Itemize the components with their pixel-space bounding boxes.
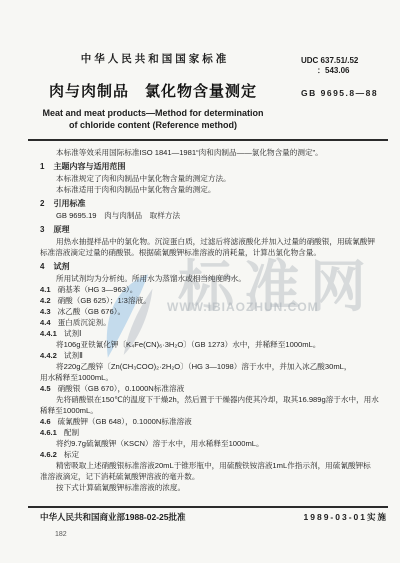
english-title: Meat and meat products—Method for determ…: [22, 107, 284, 131]
clause-number: 2: [40, 199, 44, 208]
body-line: 2引用标准: [40, 198, 390, 209]
body-line: 标准溶液滴定过量的硝酸银。根据硫氰酸钾标准溶液的消耗量，计算出氯化物含量。: [40, 247, 390, 258]
clause-text: 引用标准: [53, 199, 85, 208]
clause-number: 4.6.1: [40, 428, 57, 437]
body-line: 4.4.2试剂Ⅱ: [40, 350, 390, 361]
clause-number: 4.3: [40, 307, 51, 316]
body-line: 4.6.1配制: [40, 427, 390, 438]
body-line: 将约9.7g硫氰酸钾（KSCN）溶于水中，用水稀释至1000mL。: [40, 438, 390, 449]
clause-number: 4.4: [40, 318, 51, 327]
body-line: 4.6硫氰酸钾（GB 648），0.1000N标准溶液: [40, 416, 390, 427]
body-line: 4.6.2标定: [40, 449, 390, 460]
body-line: 本标准规定了肉和肉制品中氯化物含量的测定方法。: [40, 173, 390, 184]
udc-line1: UDC 637.51/.52: [301, 56, 358, 66]
body-line: 用水稀释至1000mL。: [40, 372, 390, 383]
body-line: GB 9695.19 肉与肉制品 取样方法: [40, 210, 390, 221]
clause-text: 蛋白质沉淀剂。: [58, 318, 111, 327]
clause-number: 4.6.2: [40, 450, 57, 459]
body-line: 4.5硝酸银（GB 670），0.1000N标准溶液: [40, 383, 390, 394]
body-line: 精密吸取上述硝酸银标准溶液20mL于锥形瓶中，用硫酸铁铵溶液1mL作指示剂，用硫…: [40, 460, 390, 471]
clause-text: 硝基苯（HG 3—963）。: [58, 285, 138, 294]
body-line: 4.2硝酸（GB 625）；1∶3溶液。: [40, 295, 390, 306]
clause-text: 主题内容与适用范围: [53, 162, 125, 171]
body-line: 4试剂: [40, 261, 390, 272]
body-line: 所用试剂均为分析纯。所用水为蒸馏水或相当纯度的水。: [40, 273, 390, 284]
page-title: 肉与肉制品 氯化物含量测定: [22, 80, 284, 101]
body-line: 4.1硝基苯（HG 3—963）。: [40, 284, 390, 295]
clause-text: 冰乙酸（GB 676）。: [58, 307, 126, 316]
footer: 中华人民共和国商业部1988-02-25批准 1989-03-01实施: [40, 511, 388, 523]
clause-text: 硫氰酸钾（GB 648），0.1000N标准溶液: [58, 417, 192, 426]
body-line: 将220g乙酸锌〔Zn(CH₃COO)₂·2H₂O〕（HG 3—1098）溶于水…: [40, 361, 390, 372]
national-standard-org-line: 中华人民共和国国家标准: [30, 51, 280, 66]
body-line: 本标准等效采用国际标准ISO 1841—1981“肉和肉制品——氯化物含量的测定…: [40, 147, 390, 158]
clause-number: 4: [40, 262, 44, 271]
english-title-line2: of chloride content (Reference method): [22, 119, 284, 131]
body-content: 本标准等效采用国际标准ISO 1841—1981“肉和肉制品——氯化物含量的测定…: [40, 147, 390, 493]
body-line: 1主题内容与适用范围: [40, 161, 390, 172]
clause-number: 4.2: [40, 296, 51, 305]
clause-number: 4.4.1: [40, 329, 57, 338]
footer-divider: [28, 506, 388, 508]
clause-text: 硝酸（GB 625）；1∶3溶液。: [58, 296, 151, 305]
clause-text: 试剂: [53, 262, 69, 271]
clause-number: 4.4.2: [40, 351, 57, 360]
clause-number: 4.6: [40, 417, 51, 426]
clause-number: 4.5: [40, 384, 51, 393]
body-line: 用热水抽提样品中的氯化物。沉淀蛋白质，过滤后将滤液酸化并加入过量的硝酸银，用硫氰…: [40, 236, 390, 247]
body-line: 将106g亚铁氰化钾〔K₄Fe(CN)₆·3H₂O〕（GB 1273）水中，并稀…: [40, 339, 390, 350]
body-line: 按下式计算硫氰酸钾标准溶液的浓度。: [40, 482, 390, 493]
clause-text: 硝酸银（GB 670），0.1000N标准溶液: [58, 384, 185, 393]
body-line: 4.4.1试剂Ⅰ: [40, 328, 390, 339]
document-page: 标准网 WWW.IBIAOZHUN.COM 中华人民共和国国家标准 肉与肉制品 …: [0, 0, 400, 563]
clause-text: 配制: [64, 428, 79, 437]
clause-text: 试剂Ⅰ: [64, 329, 81, 338]
body-line: 稀释至1000mL。: [40, 405, 390, 416]
body-line: 4.4蛋白质沉淀剂。: [40, 317, 390, 328]
approval-note: 中华人民共和国商业部1988-02-25批准: [40, 511, 185, 523]
clause-text: 试剂Ⅱ: [64, 351, 83, 360]
body-line: 先将硝酸银在150℃的温度下干燥2h，然后置于干燥器内使其冷却，取其16.989…: [40, 394, 390, 405]
clause-number: 1: [40, 162, 44, 171]
implementation-date: 1989-03-01实施: [304, 511, 388, 523]
body-line: 4.3冰乙酸（GB 676）。: [40, 306, 390, 317]
standard-number: GB 9695.8—88: [301, 88, 378, 98]
body-line: 准溶液滴定，记下消耗硫氰酸钾溶液的毫升数。: [40, 471, 390, 482]
page-number: 182: [55, 531, 67, 538]
body-line: 本标准适用于肉和肉制品中氯化物含量的测定。: [40, 184, 390, 195]
clause-text: 标定: [64, 450, 79, 459]
clause-text: 原理: [53, 225, 69, 234]
clause-number: 4.1: [40, 285, 51, 294]
udc-number: UDC 637.51/.52 ：543.06: [301, 56, 358, 75]
english-title-line1: Meat and meat products—Method for determ…: [22, 107, 284, 119]
body-line: 3原理: [40, 224, 390, 235]
header-divider: [28, 139, 388, 141]
udc-line2: ：543.06: [301, 66, 358, 76]
clause-number: 3: [40, 225, 44, 234]
